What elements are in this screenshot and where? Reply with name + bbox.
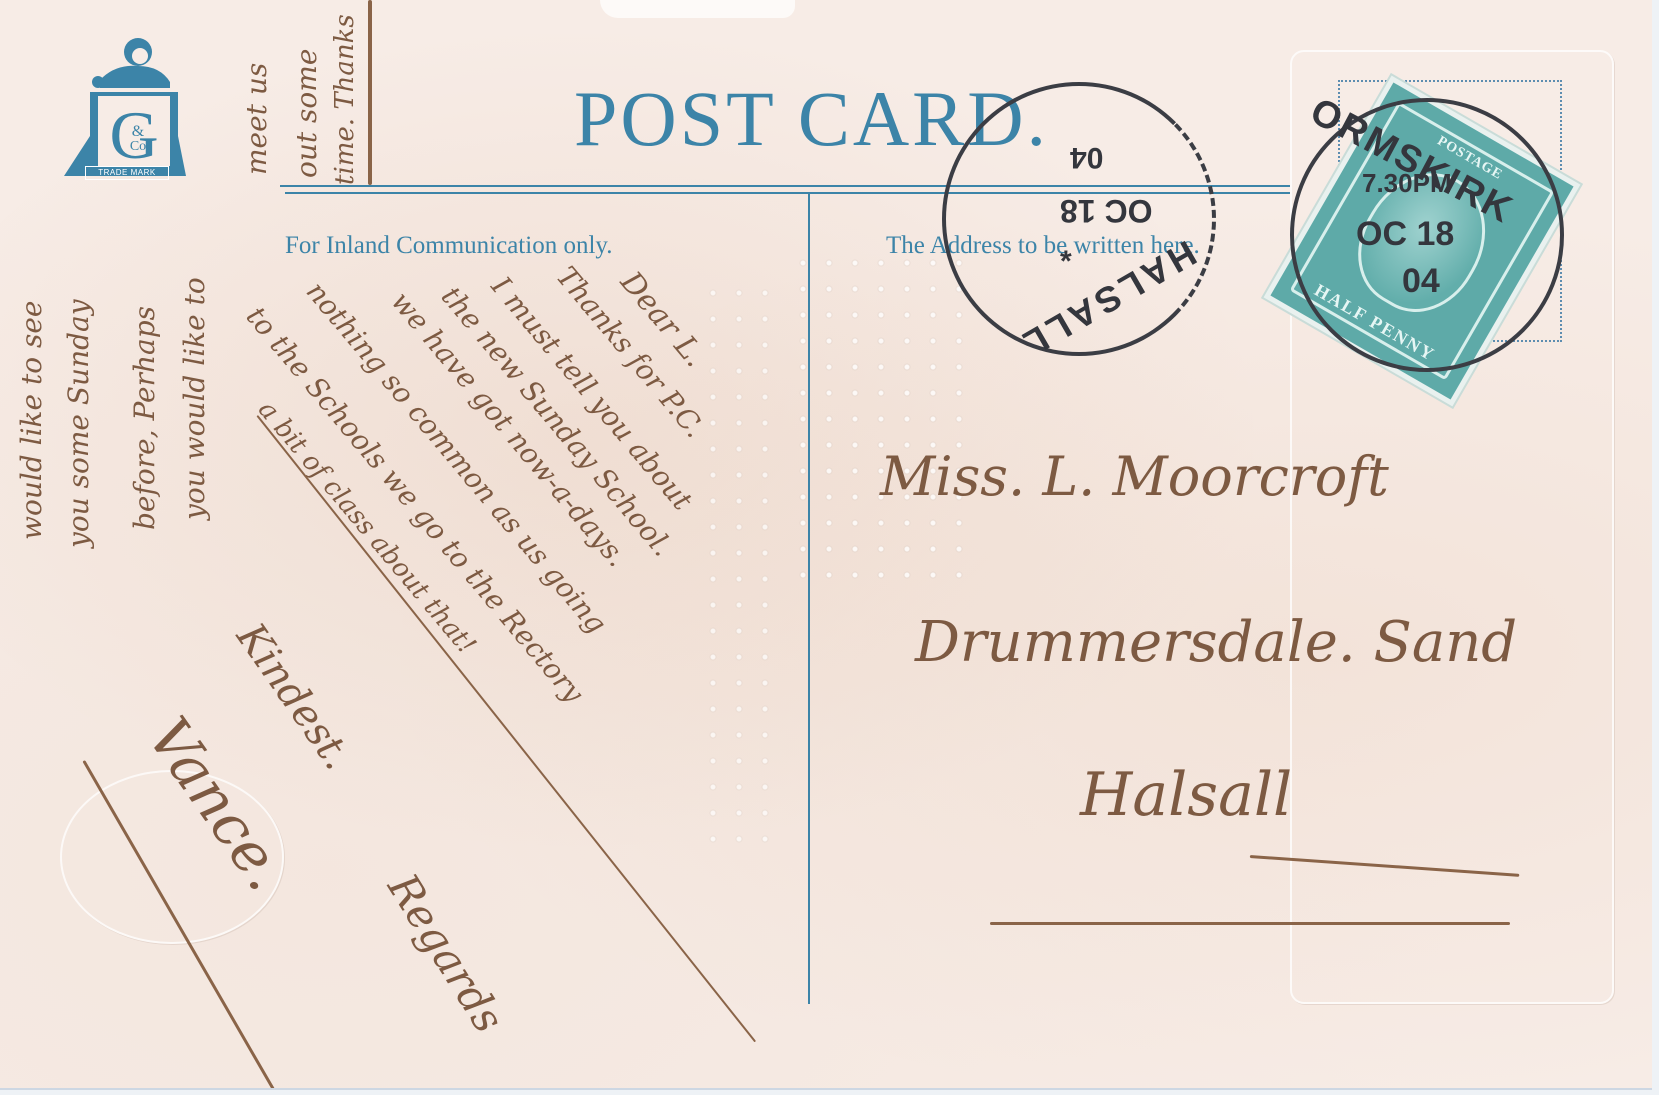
postmark-halsall-star: *	[1060, 245, 1072, 279]
closing-kindest: Kindest.	[227, 615, 360, 778]
margin-line-1: would like to see	[15, 300, 48, 540]
svg-text:Co: Co	[130, 139, 146, 154]
postmark-ormskirk-date: OC 18	[1356, 215, 1454, 254]
publisher-logo: G & Co TRADE MARK	[60, 36, 190, 186]
address-line-1: Miss. L. Moorcroft	[880, 445, 1389, 508]
address-line-2: Drummersdale. Sand	[915, 610, 1517, 675]
postmark-ormskirk-time: 7.30PM	[1362, 168, 1452, 199]
margin-line-4: you would like to	[178, 277, 211, 520]
postmark-halsall-date: OC 18	[1060, 192, 1152, 229]
address-underline-2	[990, 922, 1510, 925]
divider-center	[808, 194, 810, 1004]
publisher-trademark-icon: G & Co	[60, 36, 190, 186]
margin-line-3: before, Perhaps	[128, 306, 161, 530]
message-line-7: to the Schools we go to the Rectory	[240, 300, 591, 709]
embossed-dot-pattern-2	[700, 280, 780, 860]
address-line-3: Halsall	[1080, 760, 1292, 830]
embossed-dot-pattern	[790, 250, 970, 580]
margin-line-2: you some Sunday	[62, 299, 95, 548]
margin-line-6: out some	[290, 49, 323, 178]
trademark-caption: TRADE MARK	[85, 166, 169, 180]
margin-line-7: time. Thanks	[330, 14, 360, 185]
margin-divider	[368, 0, 372, 185]
torn-edge	[600, 0, 795, 18]
closing-regards: Regards	[378, 865, 513, 1041]
postmark-halsall-year: 04	[1070, 140, 1103, 174]
postmark-ormskirk-year: 04	[1402, 262, 1440, 301]
svg-text:&: &	[132, 123, 145, 140]
postcard: G & Co TRADE MARK POST CARD. For Inland …	[0, 0, 1652, 1090]
message-area-label: For Inland Communication only.	[285, 232, 613, 260]
margin-line-5: meet us	[240, 63, 273, 175]
